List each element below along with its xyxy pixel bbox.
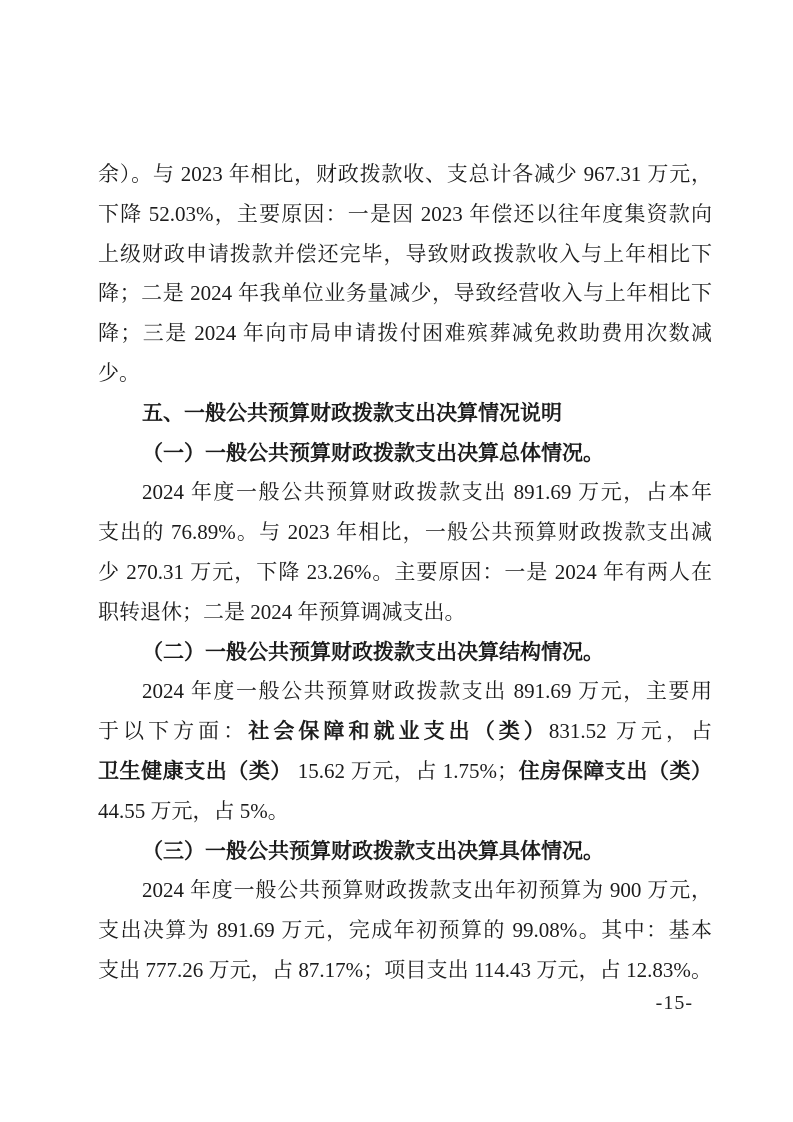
text-segment: 支出决算为 891.69 万元，完成年初预算的 99.08%。其中：基本 xyxy=(98,918,712,942)
text-segment: 降；三是 2024 年向市局申请拨付困难殡葬减免救助费用次数减 xyxy=(98,321,712,345)
text-line: 少 270.31 万元，下降 23.26%。主要原因：一是 2024 年有两人在 xyxy=(98,553,712,593)
text-line: 2024 年度一般公共预算财政拨款支出 891.69 万元，主要用 xyxy=(98,672,712,712)
text-line: 2024 年度一般公共预算财政拨款支出年初预算为 900 万元， xyxy=(98,871,712,911)
heading-subsection-3: （三）一般公共预算财政拨款支出决算具体情况。 xyxy=(98,832,712,872)
text-line: 支出决算为 891.69 万元，完成年初预算的 99.08%。其中：基本 xyxy=(98,911,712,951)
text-line: 降；二是 2024 年我单位业务量减少，导致经营收入与上年相比下 xyxy=(98,274,712,314)
document-content: 余）。与 2023 年相比，财政拨款收、支总计各减少 967.31 万元， 下降… xyxy=(98,155,712,991)
heading-subsection-2: （二）一般公共预算财政拨款支出决算结构情况。 xyxy=(98,633,712,673)
text-segment: 支出的 76.89%。与 2023 年相比，一般公共预算财政拨款支出减 xyxy=(98,520,712,544)
text-line: 2024 年度一般公共预算财政拨款支出 891.69 万元，占本年 xyxy=(98,473,712,513)
text-line: 下降 52.03%，主要原因：一是因 2023 年偿还以往年度集资款向 xyxy=(98,195,712,235)
text-line: 少。 xyxy=(98,354,712,394)
text-segment: 上级财政申请拨款并偿还完毕，导致财政拨款收入与上年相比下 xyxy=(98,242,712,266)
text-segment: 支出 777.26 万元，占 87.17%；项目支出 114.43 万元，占 1… xyxy=(98,958,712,982)
heading-text: （三）一般公共预算财政拨款支出决算具体情况。 xyxy=(142,839,604,863)
text-line: 职转退休；二是 2024 年预算调减支出。 xyxy=(98,593,712,633)
text-line: 降；三是 2024 年向市局申请拨付困难殡葬减免救助费用次数减 xyxy=(98,314,712,354)
text-segment: 余）。与 2023 年相比，财政拨款收、支总计各减少 967.31 万元， xyxy=(98,162,712,186)
text-line: 支出的 76.89%。与 2023 年相比，一般公共预算财政拨款支出减 xyxy=(98,513,712,553)
heading-subsection-1: （一）一般公共预算财政拨款支出决算总体情况。 xyxy=(98,434,712,474)
text-line: 支出 777.26 万元，占 87.17%；项目支出 114.43 万元，占 1… xyxy=(98,951,712,991)
text-segment: 2024 年度一般公共预算财政拨款支出 891.69 万元，占本年 xyxy=(142,480,712,504)
text-line: 卫生健康支出（类） 15.62 万元，占 1.75%；住房保障支出（类） xyxy=(98,752,712,792)
page-number: -15- xyxy=(656,991,693,1015)
heading-text: （二）一般公共预算财政拨款支出决算结构情况。 xyxy=(142,640,604,664)
text-segment: 于以下方面： xyxy=(98,719,248,743)
text-segment: 下降 52.03%，主要原因：一是因 2023 年偿还以往年度集资款向 xyxy=(98,202,712,226)
heading-text: （一）一般公共预算财政拨款支出决算总体情况。 xyxy=(142,441,604,465)
text-segment: 15.62 万元，占 1.75%； xyxy=(292,759,518,783)
text-segment-bold: 社会保障和就业支出（类） xyxy=(248,719,549,743)
heading-section-5: 五、一般公共预算财政拨款支出决算情况说明 xyxy=(98,394,712,434)
document-page: 余）。与 2023 年相比，财政拨款收、支总计各减少 967.31 万元， 下降… xyxy=(0,0,793,1122)
heading-text: 五、一般公共预算财政拨款支出决算情况说明 xyxy=(142,401,562,425)
text-segment: 降；二是 2024 年我单位业务量减少，导致经营收入与上年相比下 xyxy=(98,281,712,305)
text-line: 上级财政申请拨款并偿还完毕，导致财政拨款收入与上年相比下 xyxy=(98,235,712,275)
text-line: 余）。与 2023 年相比，财政拨款收、支总计各减少 967.31 万元， xyxy=(98,155,712,195)
text-segment-bold: 卫生健康支出（类） xyxy=(98,759,292,783)
text-segment: 44.55 万元，占 5%。 xyxy=(98,799,289,823)
text-line: 44.55 万元，占 5%。 xyxy=(98,792,712,832)
text-line: 于以下方面：社会保障和就业支出（类）831.52 万元，占 93.25%； xyxy=(98,712,712,752)
text-segment: 少 270.31 万元，下降 23.26%。主要原因：一是 2024 年有两人在 xyxy=(98,560,712,584)
text-segment: 少。 xyxy=(98,361,140,385)
text-segment: 职转退休；二是 2024 年预算调减支出。 xyxy=(98,600,466,624)
text-segment: 2024 年度一般公共预算财政拨款支出 891.69 万元，主要用 xyxy=(142,679,712,703)
text-segment-bold: 住房保障支出（类） xyxy=(518,759,712,783)
text-segment: 2024 年度一般公共预算财政拨款支出年初预算为 900 万元， xyxy=(142,878,712,902)
